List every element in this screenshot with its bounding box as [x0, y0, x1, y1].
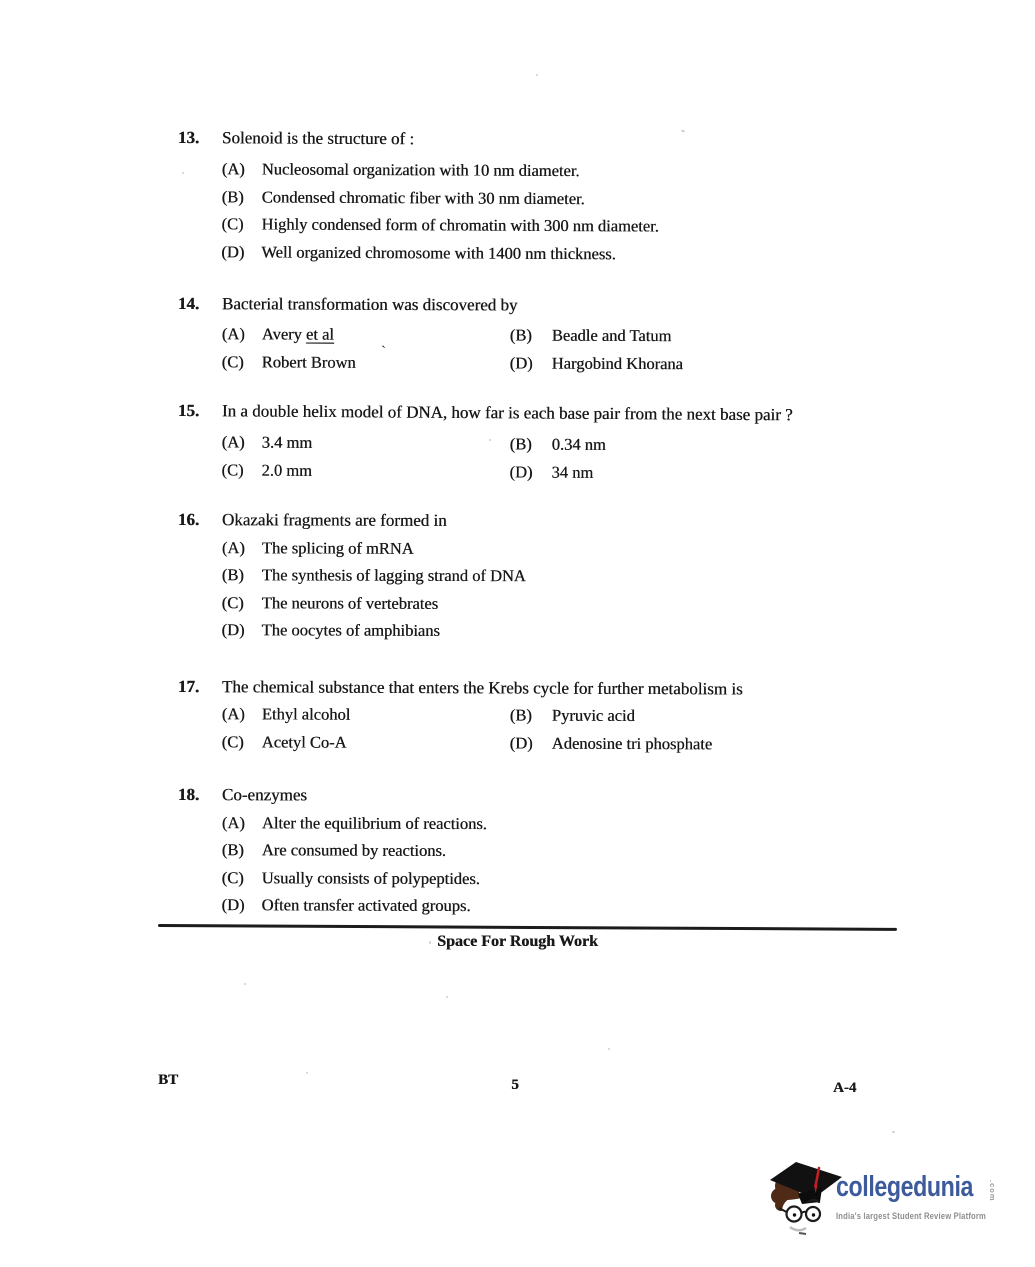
option-text: Usually consists of polypeptides. [262, 864, 480, 892]
option-row: (B) The synthesis of lagging strand of D… [178, 561, 918, 591]
collegedunia-logo: collegedunia .com India's largest Studen… [762, 1155, 1034, 1255]
option-row: (D) The oocytes of amphibians [178, 616, 918, 646]
option-row: (B) Condensed chromatic fiber with 30 nm… [178, 182, 918, 213]
option-label: (B) [222, 561, 262, 588]
exam-paper-page: 13. Solenoid is the structure of : (A) N… [0, 0, 1035, 1267]
option-text: 34 nm [551, 458, 593, 486]
option-row: (C) Acetyl Co-A (D) Adenosine tri phosph… [178, 727, 918, 758]
option-label: (A) [222, 534, 262, 561]
scan-speck [608, 1048, 610, 1050]
option-label: (C) [222, 348, 262, 376]
question-number: 17. [178, 673, 222, 700]
option-label: (B) [510, 321, 552, 349]
option-text: Robert Brown [262, 348, 356, 376]
option-row: (A) Ethyl alcohol (B) Pyruvic acid [178, 700, 918, 731]
rough-work-heading: Space For Rough Work [0, 933, 1035, 951]
option-label: (B) [510, 701, 552, 729]
brand-tagline: India's largest Student Review Platform [836, 1211, 986, 1221]
option-text: Pyruvic acid [552, 702, 635, 730]
scan-speck [306, 1072, 308, 1074]
option-text: The neurons of vertebrates [262, 589, 438, 617]
option-row: (A) Nucleosomal organization with 10 nm … [178, 155, 918, 186]
option-label: (B) [510, 430, 552, 458]
option-label: (A) [222, 428, 262, 456]
option-row: (D) Well organized chromosome with 1400 … [177, 237, 917, 268]
scan-speck [244, 983, 246, 985]
option-text: 0.34 nm [552, 431, 606, 459]
option-label: (D) [222, 616, 262, 643]
question-number: 14. [178, 290, 222, 317]
option-label: (D) [222, 891, 262, 918]
option-text: Highly condensed form of chromatin with … [261, 210, 658, 240]
option-row: (B) Are consumed by reactions. [178, 836, 918, 866]
question-13: 13. Solenoid is the structure of : (A) N… [177, 124, 918, 269]
option-label: (B) [222, 183, 262, 211]
question-14: 14. Bacterial transformation was discove… [178, 290, 918, 379]
scan-speck [489, 439, 491, 441]
option-text: Condensed chromatic fiber with 30 nm dia… [262, 183, 585, 212]
option-label: (A) [222, 155, 262, 183]
footer-booklet-code: BT [158, 1072, 178, 1089]
option-label: (C) [222, 589, 262, 616]
scan-speck [182, 172, 184, 174]
option-text: Are consumed by reactions. [262, 837, 446, 865]
option-text: Alter the equilibrium of reactions. [262, 809, 487, 837]
option-label: (C) [221, 210, 261, 238]
option-row: (A) Alter the equilibrium of reactions. [178, 809, 918, 839]
option-row: (D) Often transfer activated groups. [178, 891, 918, 921]
question-15: 15. In a double helix model of DNA, how … [177, 397, 918, 488]
question-16: 16. Okazaki fragments are formed in (A) … [178, 506, 918, 646]
option-text: Nucleosomal organization with 10 nm diam… [262, 155, 580, 184]
option-text: 2.0 mm [261, 456, 312, 484]
question-17: 17. The chemical substance that enters t… [178, 673, 918, 758]
scan-stray-mark: ˋ [381, 344, 386, 361]
option-row: (A) The splicing of mRNA [178, 534, 918, 564]
question-text: In a double helix model of DNA, how far … [222, 397, 793, 428]
option-label: (C) [221, 456, 261, 484]
brand-domain-suffix: .com [988, 1180, 997, 1202]
footer-set-code: A-4 [833, 1080, 856, 1097]
question-number: 15. [178, 397, 222, 424]
option-label: (A) [222, 809, 262, 836]
scan-speck [536, 74, 538, 76]
brand-text: collegedunia [836, 1171, 973, 1204]
question-text: Solenoid is the structure of : [222, 124, 414, 152]
option-text: 3.4 mm [262, 429, 313, 457]
scan-speck [446, 996, 448, 998]
scan-speck [429, 941, 431, 944]
question-number: 13. [178, 124, 222, 151]
option-label: (D) [221, 238, 261, 266]
option-text: Avery et al [262, 320, 334, 348]
option-label: (A) [222, 320, 262, 348]
option-text: Adenosine tri phosphate [552, 729, 713, 757]
question-text: The chemical substance that enters the K… [222, 673, 743, 702]
question-text: Okazaki fragments are formed in [222, 506, 447, 534]
question-text: Co-enzymes [222, 781, 307, 808]
page-number: 5 [495, 1077, 535, 1094]
option-label: (B) [222, 836, 262, 863]
option-label: (C) [222, 728, 262, 756]
option-row: (C) Robert Brown (D) Hargobind Khorana [178, 348, 918, 379]
scan-speck [892, 1131, 895, 1133]
option-label: (A) [222, 700, 262, 728]
option-text: Hargobind Khorana [552, 350, 683, 379]
question-text: Bacterial transformation was discovered … [222, 290, 518, 318]
question-number: 18. [178, 781, 222, 808]
option-label: (D) [509, 458, 551, 486]
option-text: Ethyl alcohol [262, 700, 351, 728]
option-row: (C) The neurons of vertebrates [178, 589, 918, 619]
option-text: Often transfer activated groups. [262, 891, 471, 919]
underlined-text: et al [306, 325, 334, 344]
option-text: The synthesis of lagging strand of DNA [262, 562, 526, 590]
question-number: 16. [178, 506, 222, 533]
option-label: (C) [222, 864, 262, 891]
option-text: The splicing of mRNA [262, 534, 414, 562]
option-row: (C) Usually consists of polypeptides. [178, 864, 918, 894]
option-row: (C) 2.0 mm (D) 34 nm [177, 455, 917, 488]
divider-line [158, 924, 897, 931]
option-row: (A) Avery et al (B) Beadle and Tatum [178, 320, 918, 351]
option-label: (D) [510, 349, 552, 377]
option-label: (D) [510, 729, 552, 757]
question-18: 18. Co-enzymes (A) Alter the equilibrium… [178, 781, 918, 921]
option-text: Well organized chromosome with 1400 nm t… [261, 238, 616, 267]
option-row: (C) Highly condensed form of chromatin w… [177, 210, 917, 241]
option-text: The oocytes of amphibians [262, 616, 440, 644]
option-text: Beadle and Tatum [552, 322, 672, 351]
option-text: Acetyl Co-A [262, 728, 347, 756]
